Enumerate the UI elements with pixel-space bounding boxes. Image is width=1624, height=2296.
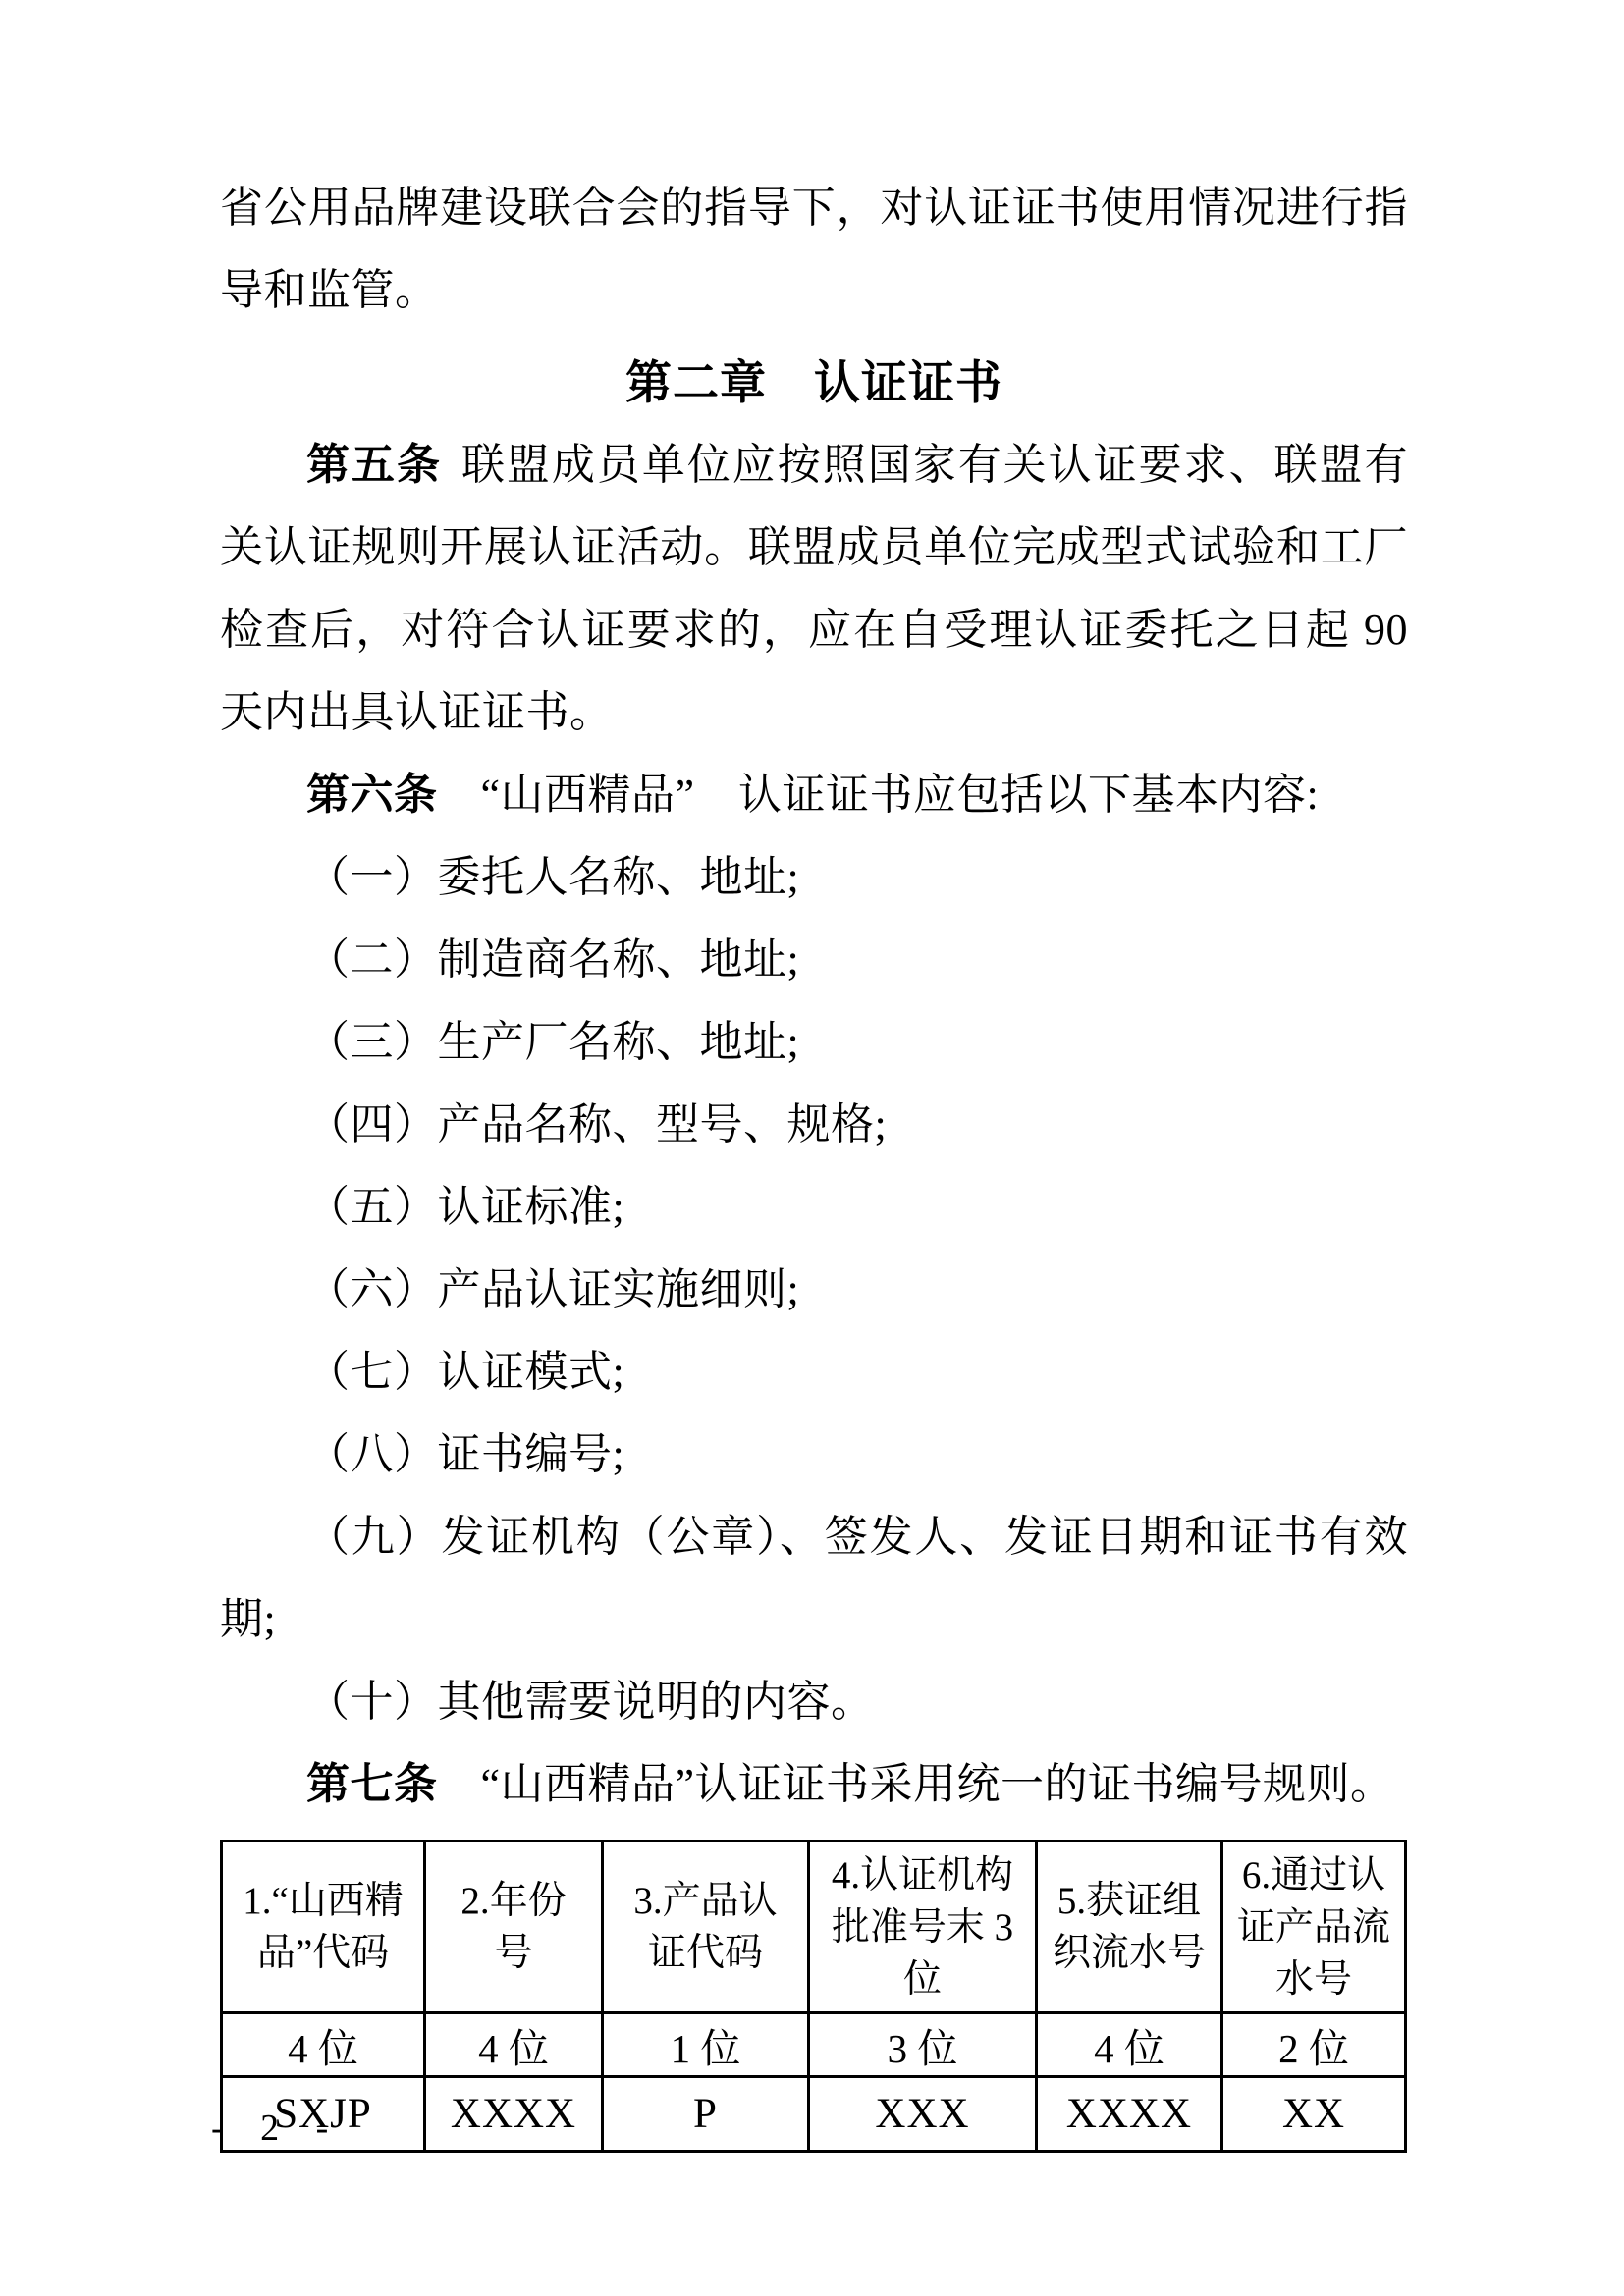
table-digit-cell: 4 位	[222, 2013, 425, 2077]
table-digit-row: 4 位 4 位 1 位 3 位 4 位 2 位	[222, 2013, 1406, 2077]
article-6-text: “山西精品” 认证证书应包括以下基本内容:	[481, 771, 1320, 819]
list-item: （十）其他需要说明的内容。	[220, 1661, 1408, 1743]
table-digit-cell: 4 位	[1037, 2013, 1222, 2077]
table-code-cell: P	[603, 2077, 809, 2152]
table-header-cell: 6.通过认 证产品流 水号	[1222, 1842, 1406, 2013]
table-digit-cell: 4 位	[425, 2013, 603, 2077]
list-item: （五）认证标准;	[220, 1166, 1408, 1249]
article-5-number: 第五条	[306, 441, 442, 489]
document-page: 省公用品牌建设联合会的指导下，对认证证书使用情况进行指导和监管。 第二章 认证证…	[0, 0, 1624, 2296]
table-header-cell: 2.年份 号	[425, 1842, 603, 2013]
table-header-cell: 1.“山西精 品”代码	[222, 1842, 425, 2013]
article-7-paragraph: 第七条“山西精品”认证证书采用统一的证书编号规则。	[220, 1743, 1408, 1826]
article-6-number: 第六条	[306, 771, 438, 819]
list-item: （一）委托人名称、地址;	[220, 836, 1408, 919]
list-item: （九）发证机构（公章）、签发人、发证日期和证书有效期;	[220, 1496, 1408, 1661]
list-item: （六）产品认证实施细则;	[220, 1249, 1408, 1331]
table-code-cell: XXX	[809, 2077, 1037, 2152]
table-header-cell: 4.认证机构 批准号末 3 位	[809, 1842, 1037, 2013]
chapter-heading: 第二章 认证证书	[220, 342, 1408, 424]
list-item: （八）证书编号;	[220, 1414, 1408, 1496]
table-header-row: 1.“山西精 品”代码 2.年份 号 3.产品认 证代码 4.认证机构 批准号末…	[222, 1842, 1406, 2013]
article-7-text: “山西精品”认证证书采用统一的证书编号规则。	[481, 1760, 1394, 1808]
list-item: （三）生产厂名称、地址;	[220, 1001, 1408, 1084]
page-number: - 2 -	[211, 2107, 342, 2150]
table-code-cell: XX	[1222, 2077, 1406, 2152]
article-6-paragraph: 第六条“山西精品” 认证证书应包括以下基本内容:	[220, 754, 1408, 836]
table-digit-cell: 2 位	[1222, 2013, 1406, 2077]
table-code-row: SXJP XXXX P XXX XXXX XX	[222, 2077, 1406, 2152]
list-item: （七）认证模式;	[220, 1331, 1408, 1414]
table-header-cell: 5.获证组 织流水号	[1037, 1842, 1222, 2013]
document-content: 省公用品牌建设联合会的指导下，对认证证书使用情况进行指导和监管。 第二章 认证证…	[220, 167, 1408, 2153]
table-code-cell: XXXX	[1037, 2077, 1222, 2152]
list-item: （四）产品名称、型号、规格;	[220, 1084, 1408, 1166]
table-digit-cell: 3 位	[809, 2013, 1037, 2077]
paragraph-continuation: 省公用品牌建设联合会的指导下，对认证证书使用情况进行指导和监管。	[220, 167, 1408, 332]
table-code-cell: XXXX	[425, 2077, 603, 2152]
certificate-number-rule-table: 1.“山西精 品”代码 2.年份 号 3.产品认 证代码 4.认证机构 批准号末…	[220, 1840, 1407, 2153]
table-header-cell: 3.产品认 证代码	[603, 1842, 809, 2013]
table-digit-cell: 1 位	[603, 2013, 809, 2077]
list-item: （二）制造商名称、地址;	[220, 919, 1408, 1001]
article-5-paragraph: 第五条联盟成员单位应按照国家有关认证要求、联盟有关认证规则开展认证活动。联盟成员…	[220, 424, 1408, 754]
article-7-number: 第七条	[306, 1760, 438, 1808]
